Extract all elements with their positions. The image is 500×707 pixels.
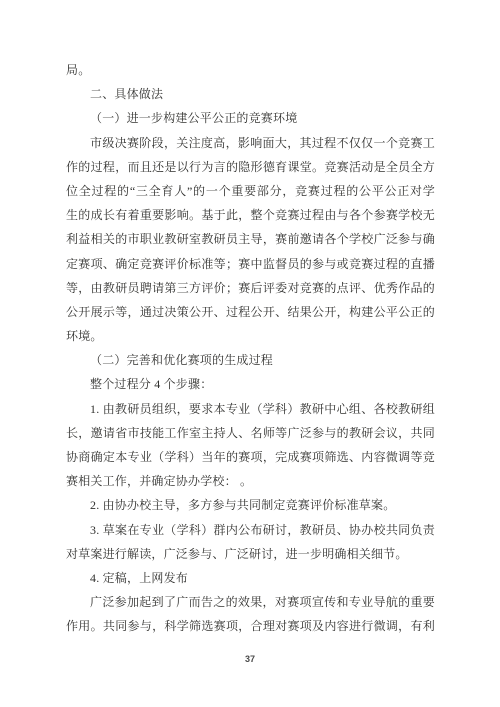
text-line: 利益相关的市职业教研室教研员主导，赛前邀请各个学校广泛参与确 [66,227,435,251]
text-line: 对草案进行解读，广泛参与、广泛研讨，进一步明确相关细节。 [66,542,435,566]
text-line: 二、具体做法 [66,82,435,106]
text-line: 3. 草案在专业（学科）群内公布研讨，教研员、协办校共同负责 [66,518,435,542]
text-line: 生的成长有着重要影响。基于此，整个竞赛过程由与各个参赛学校无 [66,203,435,227]
page-number: 37 [0,654,500,664]
text-line: 位全过程的“三全育人”的一个重要部分，竞赛过程的公平公正对学 [66,179,435,203]
text-line: 作用。共同参与，科学筛选赛项，合理对赛项及内容进行微调，有利 [66,614,435,638]
text-line: 环境。 [66,324,435,348]
document-page: 局。二、具体做法（一）进一步构建公平公正的竞赛环境市级决赛阶段，关注度高，影响面… [0,0,500,707]
text-line: 1. 由教研员组织，要求本专业（学科）教研中心组、各校教研组 [66,397,435,421]
text-line: 4. 定稿，上网发布 [66,566,435,590]
text-line: 赛相关工作，并确定协办学校： 。 [66,469,435,493]
text-line: （二）完善和优化赛项的生成过程 [66,348,435,372]
text-line: 作的过程，而且还是以行为言的隐形德育课堂。竞赛活动是全员全方 [66,155,435,179]
text-line: 市级决赛阶段，关注度高，影响面大，其过程不仅仅一个竞赛工 [66,131,435,155]
document-content: 局。二、具体做法（一）进一步构建公平公正的竞赛环境市级决赛阶段，关注度高，影响面… [66,58,435,639]
text-line: 长，邀请省市技能工作室主持人、名师等广泛参与的教研会议，共同 [66,421,435,445]
text-line: 等，由教研员聘请第三方评价；赛后评委对竞赛的点评、优秀作品的 [66,276,435,300]
text-line: 定赛项、确定竞赛评价标准等；赛中监督员的参与或竞赛过程的直播 [66,252,435,276]
text-line: 协商确定本专业（学科）当年的赛项，完成赛项筛选、内容微调等竞 [66,445,435,469]
text-line: 广泛参加起到了广而告之的效果，对赛项宣传和专业导航的重要 [66,590,435,614]
text-line: 局。 [66,58,435,82]
text-line: 整个过程分 4 个步骤： [66,372,435,396]
text-line: 2. 由协办校主导，多方参与共同制定竞赛评价标准草案。 [66,493,435,517]
text-line: （一）进一步构建公平公正的竞赛环境 [66,106,435,130]
text-line: 公开展示等，通过决策公开、过程公开、结果公开，构建公平公正的 [66,300,435,324]
